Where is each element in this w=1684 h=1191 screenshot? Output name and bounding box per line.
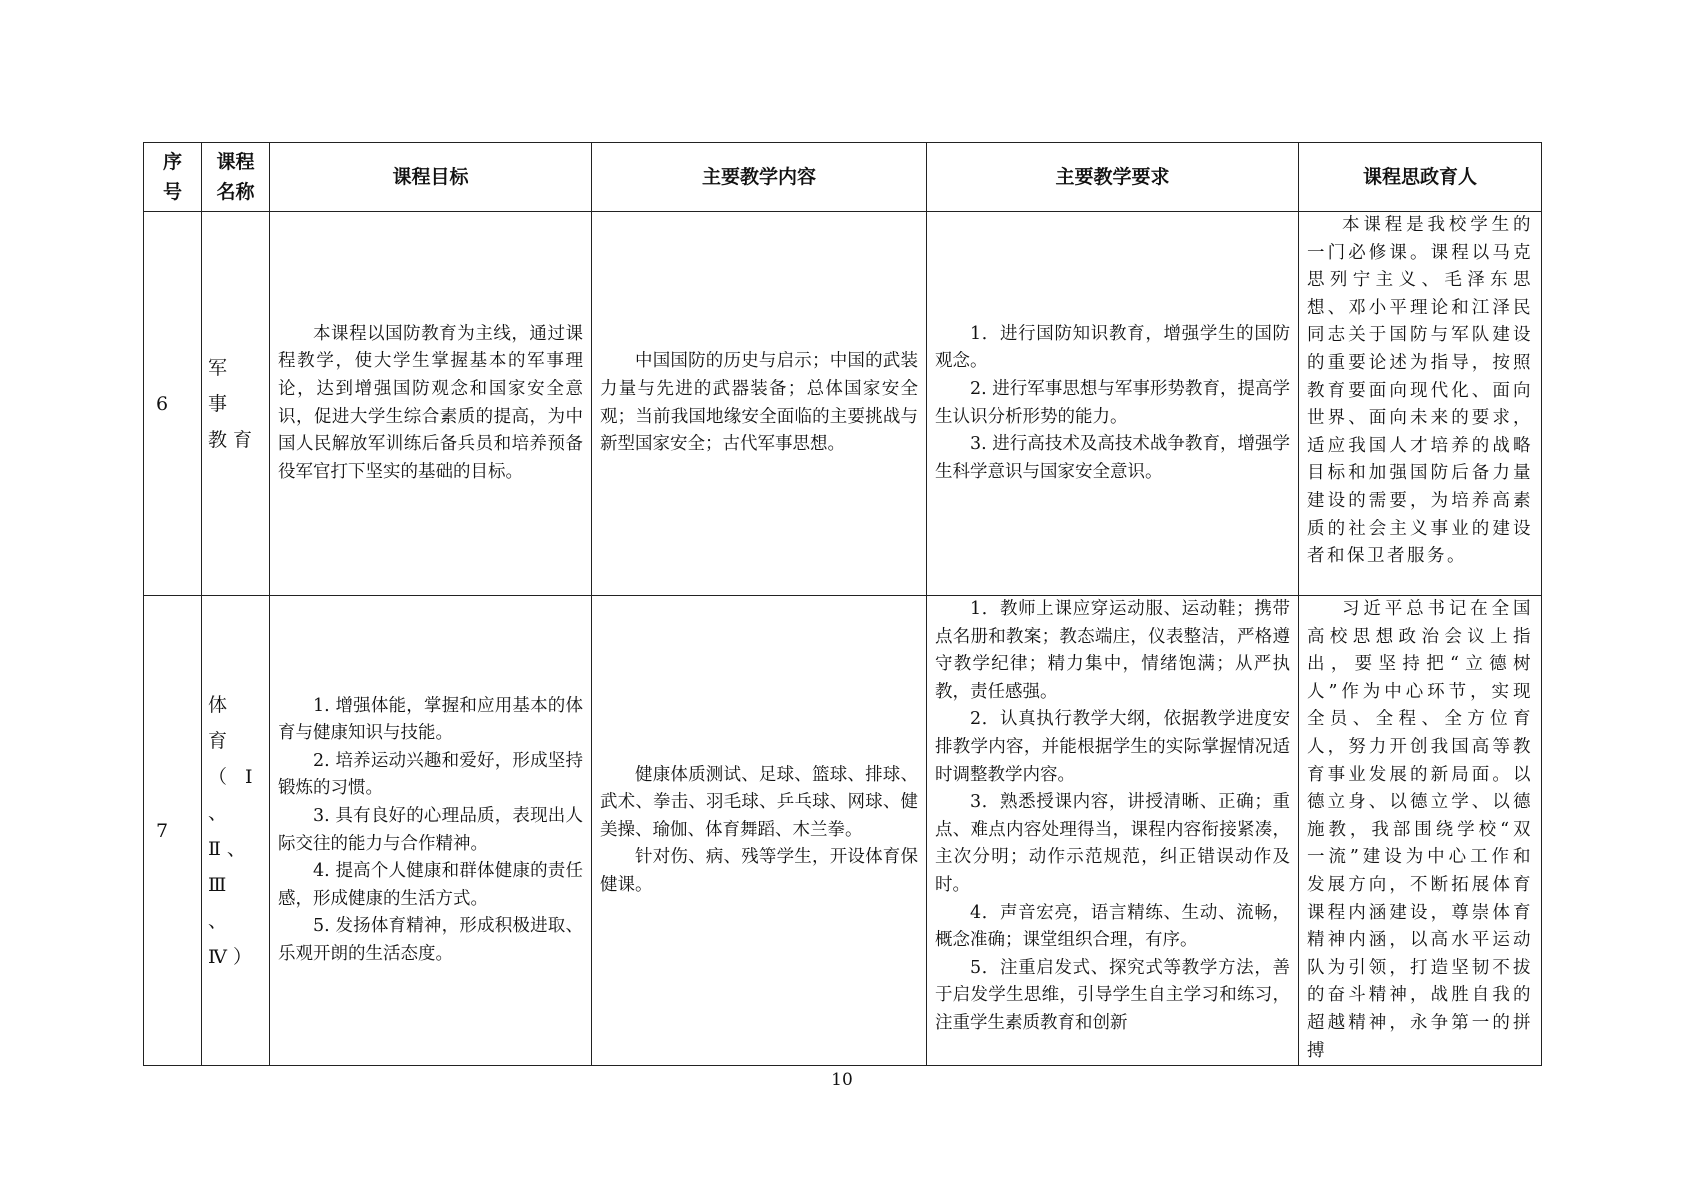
row-requirements: 1．进行国防知识教育，增强学生的国防观念。 2. 进行军事思想与军事形势教育，提… bbox=[927, 212, 1299, 596]
row-content: 健康体质测试、足球、篮球、排球、武术、拳击、羽毛球、乒乓球、网球、健美操、瑜伽、… bbox=[592, 596, 927, 1066]
row-goal: 本课程以国防教育为主线，通过课程教学，使大学生掌握基本的军事理论，达到增强国防观… bbox=[270, 212, 592, 596]
row-content: 中国国防的历史与启示；中国的武装力量与先进的武器装备；总体国家安全观；当前我国地… bbox=[592, 212, 927, 596]
header-content: 主要教学内容 bbox=[592, 143, 927, 212]
table-row: 7 体 育 （ Ⅰ 、Ⅱ、 Ⅲ 、 Ⅳ） 1. 增强体能，掌握和应用基本的体育与… bbox=[144, 596, 1542, 1066]
page-number: 10 bbox=[0, 1070, 1684, 1090]
row-ideology: 习近平总书记在全国高校思想政治会议上指出，要坚持把“立德树人”作为中心环节，实现… bbox=[1299, 596, 1542, 1066]
row-course-name: 军 事 教育 bbox=[202, 212, 270, 596]
header-seq: 序 号 bbox=[144, 143, 202, 212]
row-seq: 7 bbox=[144, 596, 202, 1066]
table-header-row: 序 号 课程 名称 课程目标 主要教学内容 主要教学要求 课程思政育人 bbox=[144, 143, 1542, 212]
header-goal: 课程目标 bbox=[270, 143, 592, 212]
row-goal: 1. 增强体能，掌握和应用基本的体育与健康知识与技能。 2. 培养运动兴趣和爱好… bbox=[270, 596, 592, 1066]
table-row: 6 军 事 教育 本课程以国防教育为主线，通过课程教学，使大学生掌握基本的军事理… bbox=[144, 212, 1542, 596]
curriculum-table: 序 号 课程 名称 课程目标 主要教学内容 主要教学要求 课程思政育人 6 军 … bbox=[143, 142, 1542, 1066]
header-requirements: 主要教学要求 bbox=[927, 143, 1299, 212]
row-requirements: 1．教师上课应穿运动服、运动鞋；携带点名册和教案；教态端庄，仪表整洁，严格遵守教… bbox=[927, 596, 1299, 1066]
row-course-name: 体 育 （ Ⅰ 、Ⅱ、 Ⅲ 、 Ⅳ） bbox=[202, 596, 270, 1066]
row-seq: 6 bbox=[144, 212, 202, 596]
header-ideology: 课程思政育人 bbox=[1299, 143, 1542, 212]
row-ideology: 本课程是我校学生的一门必修课。课程以马克思列宁主义、毛泽东思想、邓小平理论和江泽… bbox=[1299, 212, 1542, 596]
header-course-name: 课程 名称 bbox=[202, 143, 270, 212]
